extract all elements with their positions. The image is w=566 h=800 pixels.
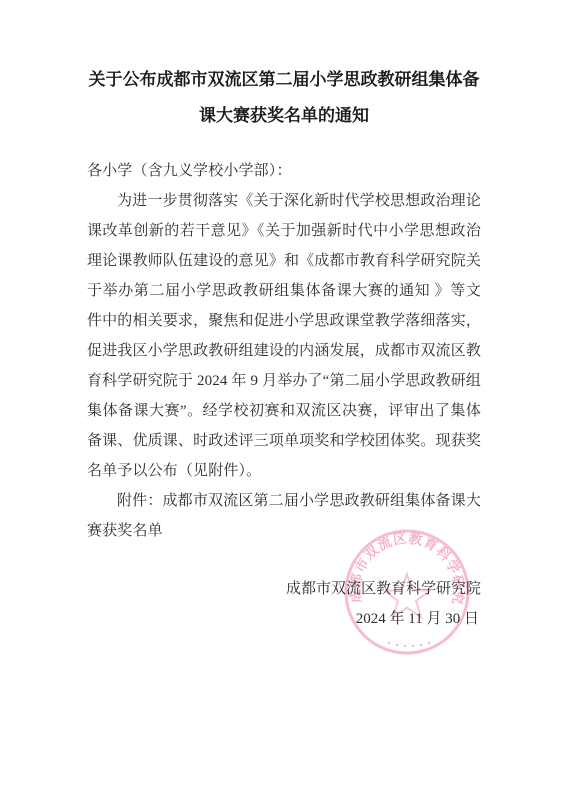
notice-page: 成都市双流区教育科学研究院 关于公布成都市双流区第二届小学思政教研组集体备课大赛… [0,0,566,800]
attachment-note: 附件：成都市双流区第二届小学思政教研组集体备课大赛获奖名单 [87,486,481,546]
signature-block: 成都市双流区教育科学研究院 2024 年 11 月 30 日 [87,574,481,634]
notice-content: 关于公布成都市双流区第二届小学思政教研组集体备课大赛获奖名单的通知 各小学（含九… [0,0,566,634]
issuer-signature: 成都市双流区教育科学研究院 [87,574,481,604]
seal-serial-marks [388,642,430,647]
body-paragraph: 为进一步贯彻落实《关于深化新时代学校思想政治理论课改革创新的若干意见》《关于加强… [87,186,481,486]
salutation: 各小学（含九义学校小学部）： [87,156,481,186]
notice-title: 关于公布成都市双流区第二届小学思政教研组集体备课大赛获奖名单的通知 [87,62,481,134]
issue-date: 2024 年 11 月 30 日 [87,604,481,634]
notice-body: 各小学（含九义学校小学部）： 为进一步贯彻落实《关于深化新时代学校思想政治理论课… [87,156,481,546]
